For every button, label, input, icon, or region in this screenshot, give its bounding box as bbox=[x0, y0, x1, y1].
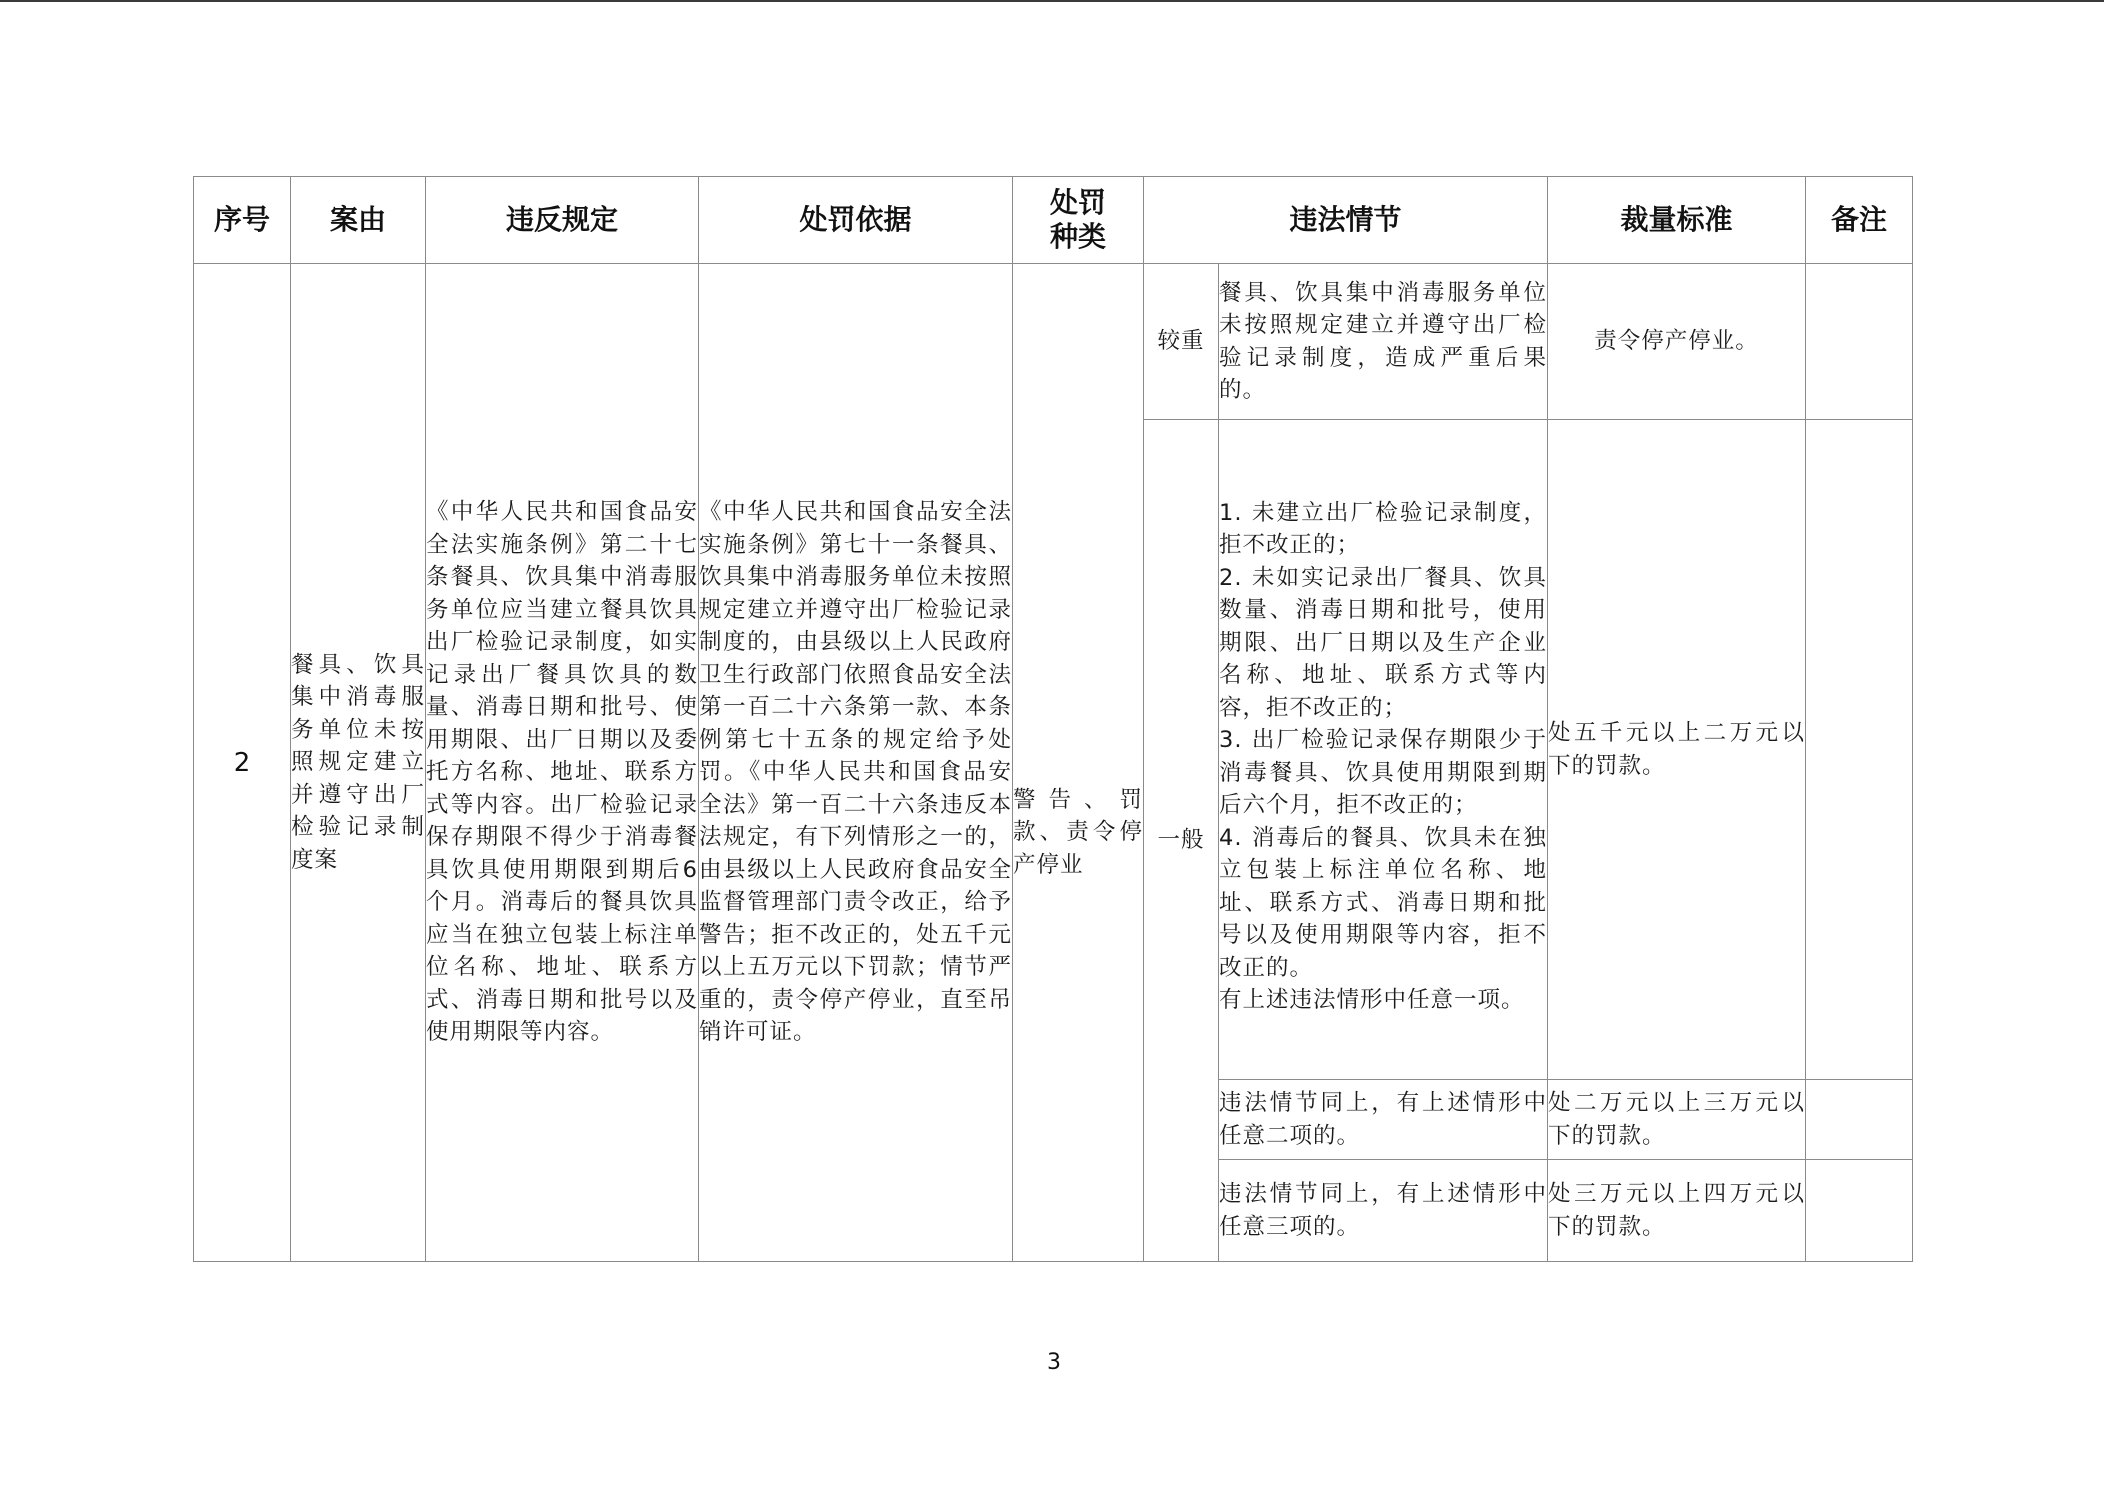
remarks-general-two bbox=[1806, 1080, 1913, 1160]
table-row: 2 餐具、饮具集中消毒服务单位未按照规定建立并遵守出厂检验记录制度案 《中华人民… bbox=[194, 264, 1913, 420]
top-border bbox=[0, 0, 2104, 2]
remarks-severe bbox=[1806, 264, 1913, 420]
circumstance-general-three: 违法情节同上，有上述情形中任意三项的。 bbox=[1219, 1160, 1548, 1262]
penalty-discretion-table: 序号 案由 违反规定 处罚依据 处罚 种类 违法情节 裁量标准 备注 2 餐具、… bbox=[193, 176, 1913, 1262]
violated-rule-cell: 《中华人民共和国食品安全法实施条例》第二十七条餐具、饮具集中消毒服务单位应当建立… bbox=[426, 264, 699, 1262]
standard-general-one: 处五千元以上二万元以下的罚款。 bbox=[1548, 420, 1806, 1080]
header-seq: 序号 bbox=[194, 177, 291, 264]
circumstance-general-two: 违法情节同上，有上述情形中任意二项的。 bbox=[1219, 1080, 1548, 1160]
circumstance-general-one: 1. 未建立出厂检验记录制度，拒不改正的； 2. 未如实记录出厂餐具、饮具数量、… bbox=[1219, 420, 1548, 1080]
seq-cell: 2 bbox=[194, 264, 291, 1262]
level-severe: 较重 bbox=[1144, 264, 1219, 420]
standard-severe: 责令停产停业。 bbox=[1548, 264, 1806, 420]
circumstance-severe: 餐具、饮具集中消毒服务单位未按照规定建立并遵守出厂检验记录制度，造成严重后果的。 bbox=[1219, 264, 1548, 420]
page-number: 3 bbox=[1040, 1350, 1068, 1375]
standard-general-three: 处三万元以上四万元以下的罚款。 bbox=[1548, 1160, 1806, 1262]
standard-general-two: 处二万元以上三万元以下的罚款。 bbox=[1548, 1080, 1806, 1160]
header-case: 案由 bbox=[291, 177, 426, 264]
penalty-basis-cell: 《中华人民共和国食品安全法实施条例》第七十一条餐具、饮具集中消毒服务单位未按照规… bbox=[699, 264, 1013, 1262]
header-circumstances: 违法情节 bbox=[1144, 177, 1548, 264]
penalty-type-cell: 警告、罚款、责令停产停业 bbox=[1013, 264, 1144, 1262]
remarks-general-three bbox=[1806, 1160, 1913, 1262]
header-discretion-standard: 裁量标准 bbox=[1548, 177, 1806, 264]
header-remarks: 备注 bbox=[1806, 177, 1913, 264]
header-violated-rule: 违反规定 bbox=[426, 177, 699, 264]
header-row: 序号 案由 违反规定 处罚依据 处罚 种类 违法情节 裁量标准 备注 bbox=[194, 177, 1913, 264]
header-penalty-type: 处罚 种类 bbox=[1013, 177, 1144, 264]
level-general: 一般 bbox=[1144, 420, 1219, 1262]
remarks-general-one bbox=[1806, 420, 1913, 1080]
header-penalty-basis: 处罚依据 bbox=[699, 177, 1013, 264]
case-cell: 餐具、饮具集中消毒服务单位未按照规定建立并遵守出厂检验记录制度案 bbox=[291, 264, 426, 1262]
